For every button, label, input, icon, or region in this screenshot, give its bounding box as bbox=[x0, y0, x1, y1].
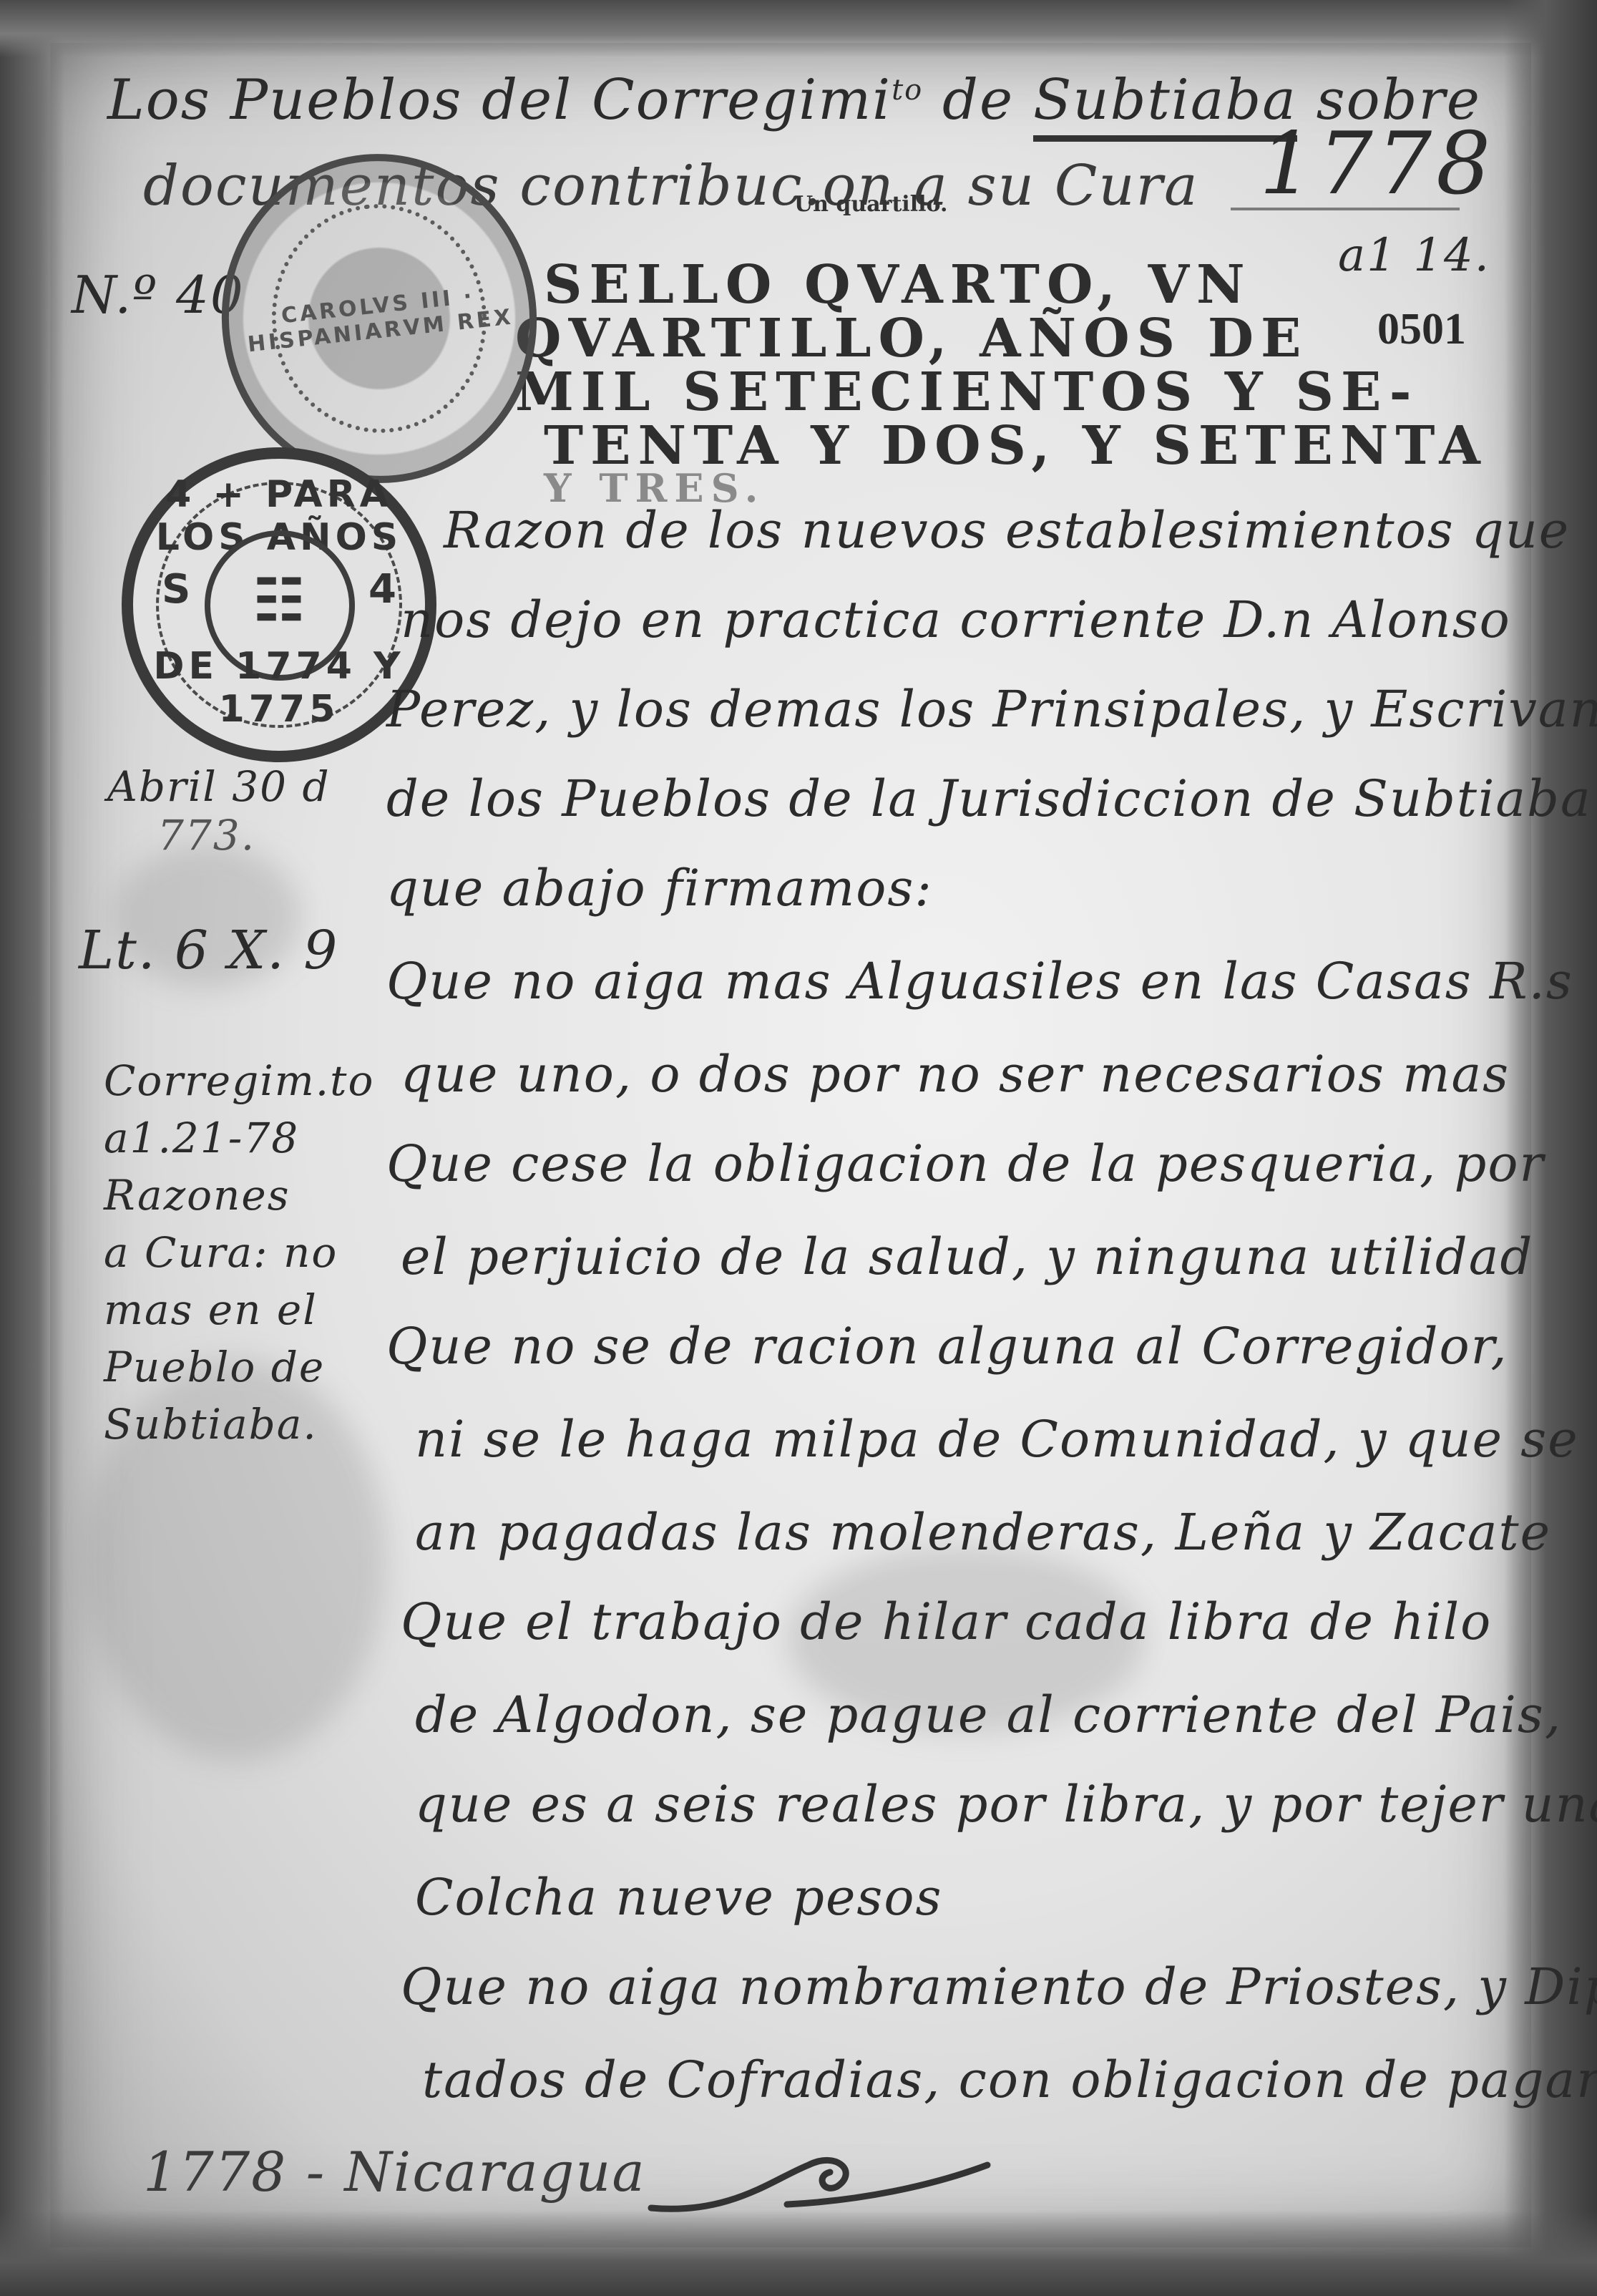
margin-note-line: a1.21-78 bbox=[104, 1109, 374, 1167]
signature-flourish-icon bbox=[644, 2136, 1002, 2229]
body-line-7: que uno, o dos por no ser necesarios mas bbox=[401, 1045, 1510, 1104]
margin-note-summary: Corregim.to a1.21-78 Razones a Cura: no … bbox=[104, 1052, 374, 1453]
body-line-17: Que no aiga nombramiento de Priostes, y … bbox=[401, 1957, 1597, 2016]
body-line-2: nos dejo en practica corriente D.n Alons… bbox=[401, 590, 1511, 649]
body-line-11: ni se le haga milpa de Comunidad, y que … bbox=[415, 1410, 1579, 1469]
margin-note-line: 773. bbox=[157, 811, 331, 860]
stamp-line-1: SELLO QVARTO, VN bbox=[544, 254, 1252, 316]
folio-reference: a1 14. bbox=[1338, 229, 1490, 282]
folio-number: 0501 bbox=[1377, 304, 1466, 355]
left-margin-number: N.º 40 bbox=[72, 265, 245, 325]
scan-shadow-top bbox=[0, 0, 1597, 57]
header-superscript: to bbox=[892, 74, 923, 107]
document-year: 1778 bbox=[1259, 115, 1495, 214]
margin-note-line: Subtiaba. bbox=[104, 1396, 374, 1453]
body-line-15: que es a seis reales por libra, y por te… bbox=[415, 1775, 1597, 1834]
body-line-5: que abajo firmamos: bbox=[386, 859, 933, 918]
stamp-line-2: QVARTILLO, AÑOS DE bbox=[515, 308, 1308, 369]
body-line-3: Perez, y los demas los Prinsipales, y Es… bbox=[386, 680, 1597, 739]
body-line-10: Que no se de racion alguna al Corregidor… bbox=[386, 1317, 1508, 1376]
body-line-8: Que cese la obligacion de la pesqueria, … bbox=[386, 1134, 1545, 1193]
body-line-6: Que no aiga mas Alguasiles en las Casas … bbox=[386, 952, 1573, 1011]
body-line-12: an pagadas las molenderas, Leña y Zacate bbox=[415, 1503, 1551, 1562]
margin-note-line: mas en el bbox=[104, 1281, 374, 1338]
body-line-13: Que el trabajo de hilar cada libra de hi… bbox=[401, 1592, 1492, 1651]
body-line-18: tados de Cofradias, con obligacion de pa… bbox=[422, 2051, 1597, 2109]
margin-note-line: Abril 30 d bbox=[107, 762, 331, 811]
body-line-4: de los Pueblos de la Jurisdiccion de Sub… bbox=[386, 769, 1592, 828]
header-text: de bbox=[923, 68, 1033, 132]
seal-mark-right: 4 bbox=[368, 566, 396, 613]
margin-note-date: Abril 30 d 773. bbox=[107, 762, 331, 860]
margin-note-reference: Lt. 6 X. 9 bbox=[79, 920, 338, 981]
body-line-14: de Algodon, se pague al corriente del Pa… bbox=[415, 1685, 1562, 1744]
stamp-value-label: Un quartillo. bbox=[794, 192, 947, 217]
margin-note-line: Pueblo de bbox=[104, 1338, 374, 1396]
binding-shadow-left bbox=[0, 0, 64, 2296]
year-underline bbox=[1231, 208, 1460, 210]
stamp-line-3: MIL SETECIENTOS Y SE- bbox=[515, 361, 1418, 423]
header-text: Los Pueblos del Corregimi bbox=[107, 68, 892, 132]
footer-archive-note: 1778 - Nicaragua bbox=[143, 2140, 646, 2204]
margin-note-line: Razones bbox=[104, 1167, 374, 1224]
body-line-16: Colcha nueve pesos bbox=[415, 1868, 942, 1927]
seal-legend-bottom: DE 1774 Y 1775 bbox=[133, 645, 425, 731]
margin-note-line: a Cura: no bbox=[104, 1224, 374, 1281]
margin-note-line: Corregim.to bbox=[104, 1052, 374, 1109]
body-line-1: Razon de los nuevos establesimientos que bbox=[444, 501, 1570, 560]
header-place-underlined: Subtiaba bbox=[1033, 68, 1297, 142]
body-line-9: el perjuicio de la salud, y ninguna util… bbox=[401, 1227, 1533, 1286]
